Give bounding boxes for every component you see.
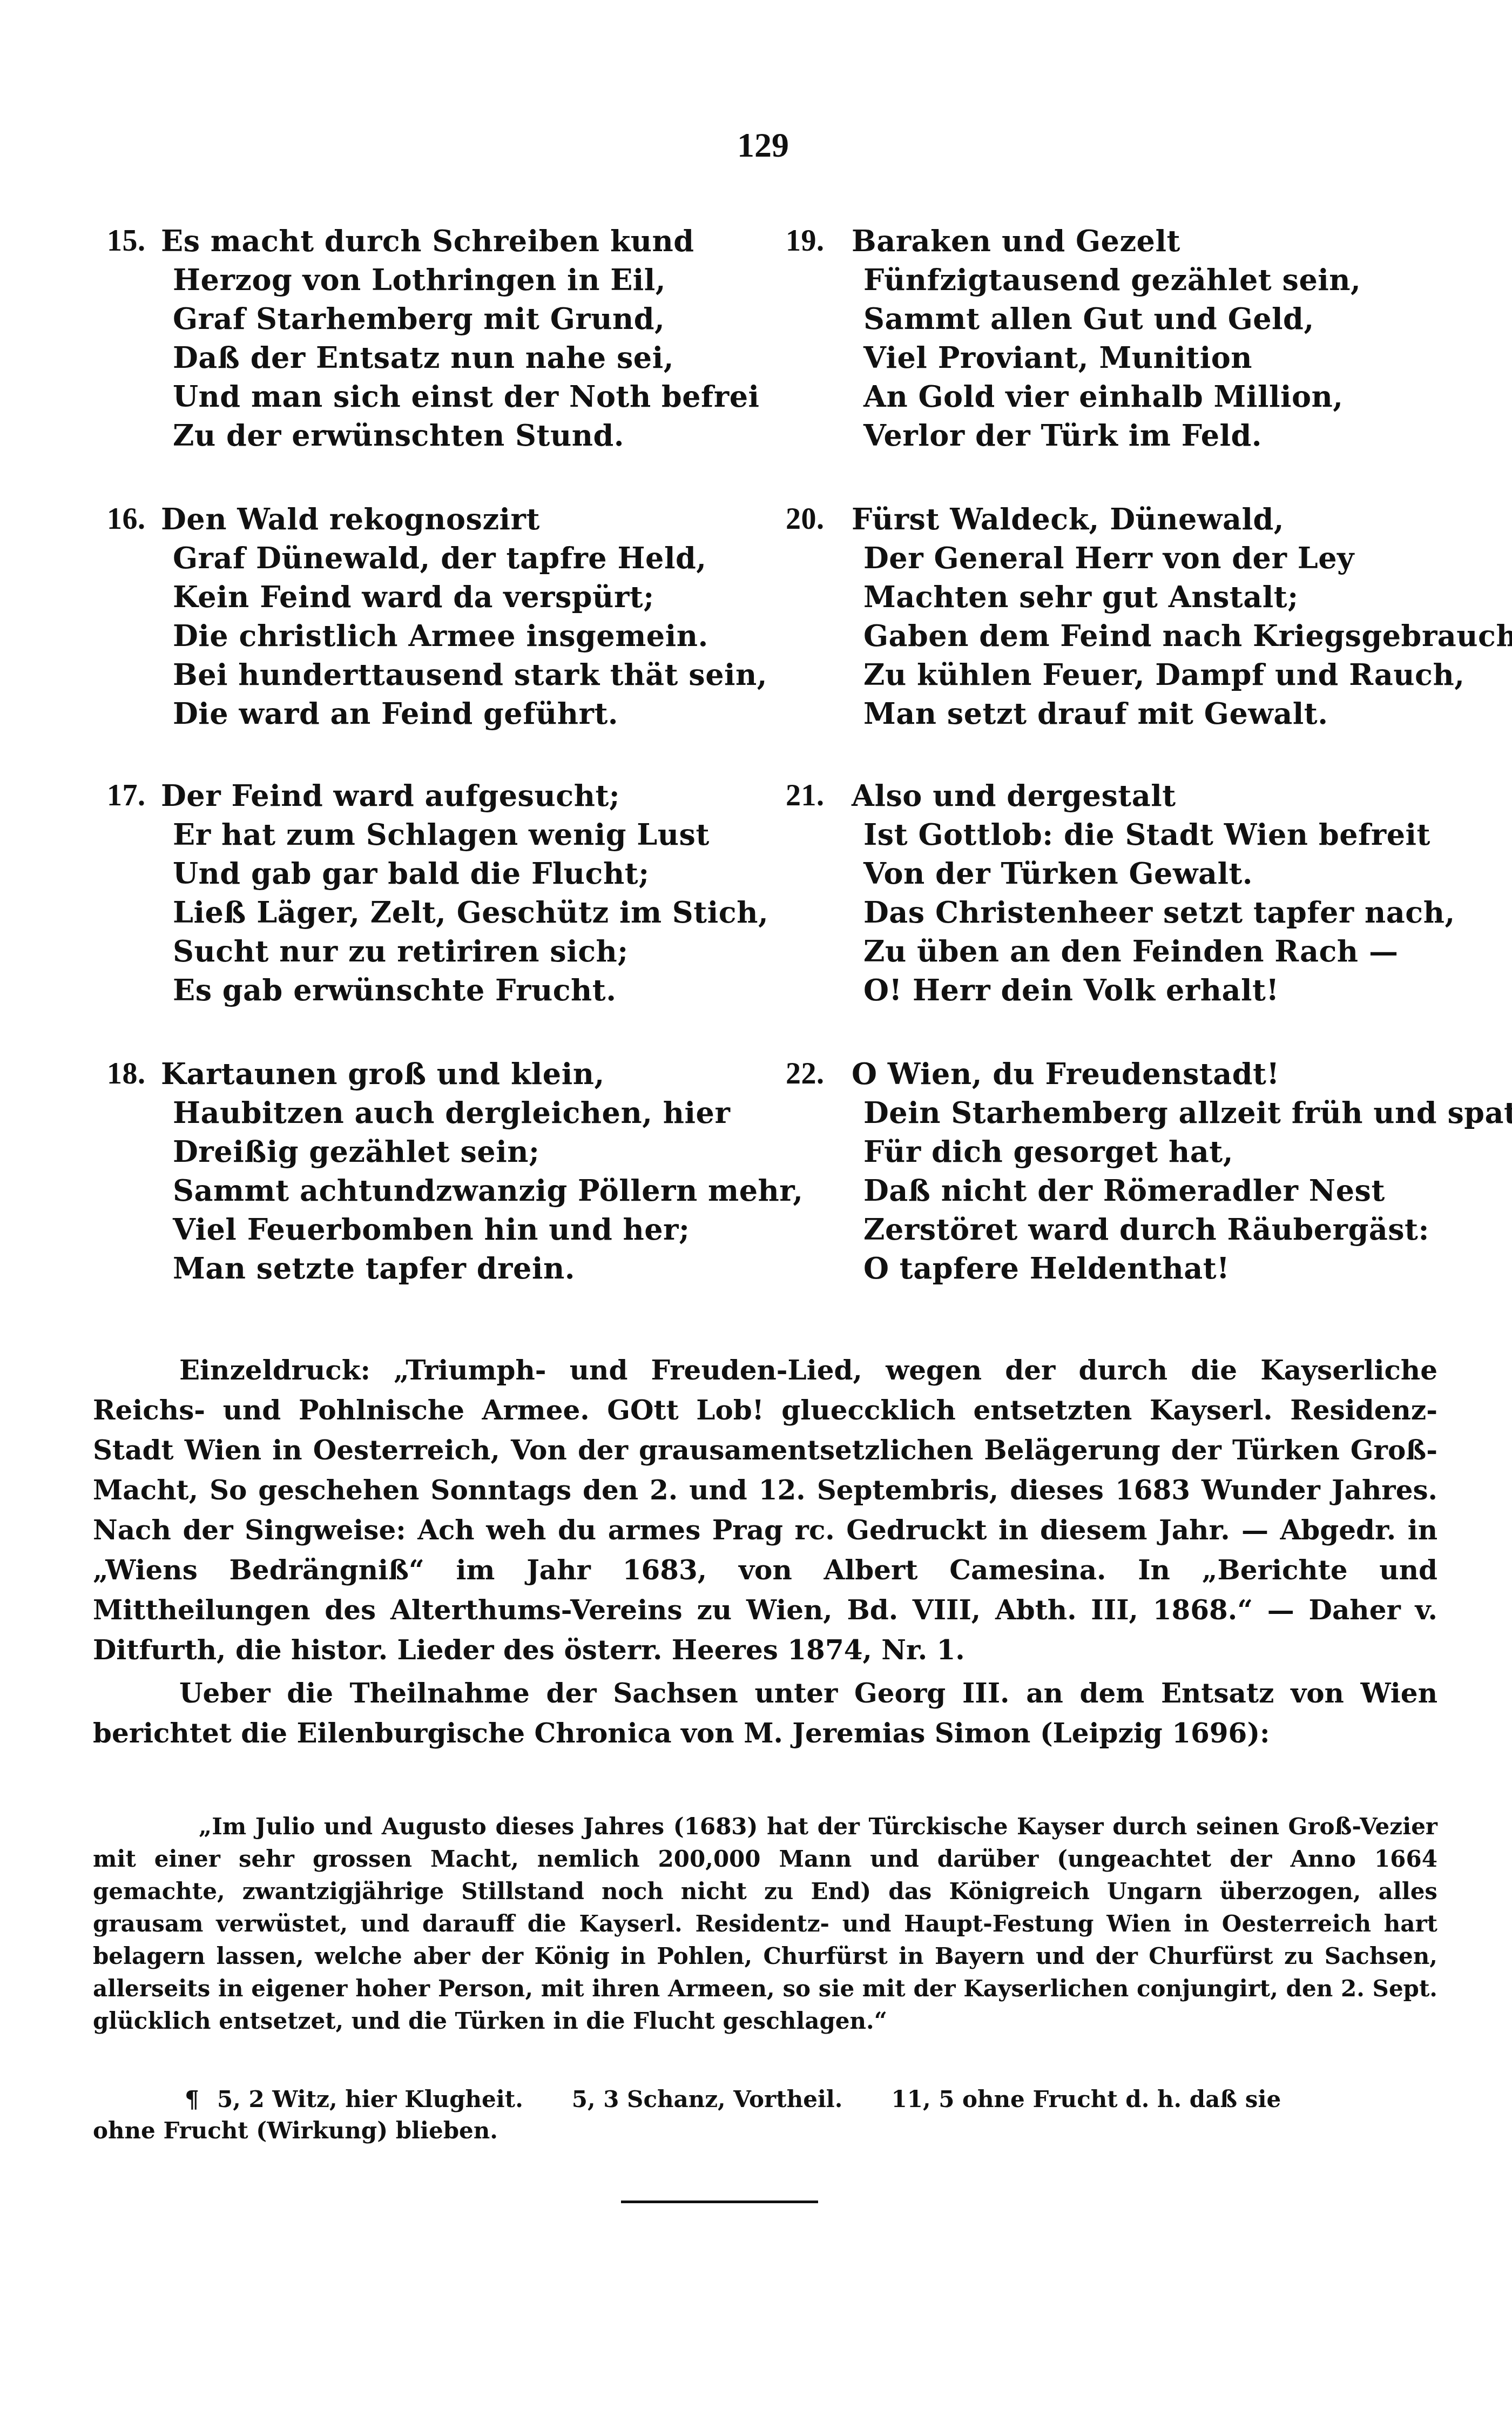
verse-line: Verlor der Türk im Feld. (863, 416, 1361, 455)
verse-line: Graf Dünewald, der tapfre Held, (173, 539, 767, 577)
verse-line: Der General Herr von der Ley (863, 539, 1512, 577)
verse-line: Er hat zum Schlagen wenig Lust (173, 815, 768, 854)
verse-line: Zu üben an den Feinden Rach — (863, 932, 1455, 971)
verse-line: Dreißig gezählet sein; (173, 1132, 804, 1171)
verse-line: Ist Gottlob: die Stadt Wien befreit (863, 815, 1455, 854)
verse-line: O! Herr dein Volk erhalt! (863, 971, 1455, 1010)
verse-line: Es gab erwünschte Frucht. (173, 971, 768, 1010)
verse-line: An Gold vier einhalb Million, (863, 377, 1361, 416)
verse-line: Für dich gesorget hat, (863, 1132, 1512, 1171)
chronicle-intro-paragraph: Ueber die Theilnahme der Sachsen unter G… (93, 1673, 1437, 1753)
verse-number: 15. (107, 221, 166, 260)
verse-line: Kartaunen groß und klein, (161, 1054, 804, 1093)
verse-line: Fünfzigtausend gezählet sein, (863, 260, 1361, 299)
page-number: 129 (0, 125, 1512, 165)
verse-line: Man setzte tapfer drein. (173, 1249, 804, 1288)
verse-number: 16. (107, 500, 166, 539)
verse-number: 20. (786, 500, 845, 539)
verse-line: Von der Türken Gewalt. (863, 854, 1455, 893)
source-note-paragraph: Einzeldruck: „Triumph- und Freuden-Lied,… (93, 1350, 1437, 1670)
verse-line: Die christlich Armee insgemein. (173, 616, 767, 655)
verse-line: Daß nicht der Römeradler Nest (863, 1171, 1512, 1210)
quote-text: „Im Julio und Augusto dieses Jahres (168… (93, 1811, 1437, 2037)
verse-line: Der Feind ward aufgesucht; (161, 776, 768, 815)
footnote-item: 11, 5 ohne Frucht d. h. daß sie (891, 2084, 1281, 2115)
verse-line: Machten sehr gut Anstalt; (863, 577, 1512, 616)
verse-line: Daß der Entsatz nun nahe sei, (173, 338, 760, 377)
verse-line: O tapfere Heldenthat! (863, 1249, 1512, 1288)
verse-line: Und gab gar bald die Flucht; (173, 854, 768, 893)
verse-line: Es macht durch Schreiben kund (161, 221, 760, 260)
pilcrow-icon: ¶ (185, 2084, 217, 2115)
verse-line: Also und dergestalt (852, 776, 1455, 815)
verse-number: 18. (107, 1054, 166, 1093)
verse-line: Ließ Läger, Zelt, Geschütz im Stich, (173, 893, 768, 932)
footnote-item: 5, 2 Witz, hier Klugheit. (217, 2084, 523, 2115)
verse-line: Zu kühlen Feuer, Dampf und Rauch, (863, 655, 1512, 694)
verse-line: Haubitzen auch dergleichen, hier (173, 1093, 804, 1132)
verse-line: Dein Starhemberg allzeit früh und spat (863, 1093, 1512, 1132)
verse-line: Den Wald rekognoszirt (161, 500, 767, 539)
verse-line: Sammt achtundzwanzig Pöllern mehr, (173, 1171, 804, 1210)
verse-line: Zerstöret ward durch Räubergäst: (863, 1210, 1512, 1249)
verse-line: Die ward an Feind geführt. (173, 694, 767, 733)
verse-line: Bei hunderttausend stark thät sein, (173, 655, 767, 694)
verse-line: Baraken und Gezelt (852, 221, 1361, 260)
verse-line: Zu der erwünschten Stund. (173, 416, 760, 455)
verse-number: 22. (786, 1054, 845, 1093)
verse-line: Viel Feuerbomben hin und her; (173, 1210, 804, 1249)
verse-line: Sammt allen Gut und Geld, (863, 299, 1361, 338)
verse-number: 21. (786, 776, 845, 815)
verse-line: Herzog von Lothringen in Eil, (173, 260, 760, 299)
chronicle-quote: „Im Julio und Augusto dieses Jahres (168… (93, 1811, 1437, 2037)
verse-line: Graf Starhemberg mit Grund, (173, 299, 760, 338)
commentary: Einzeldruck: „Triumph- und Freuden-Lied,… (93, 1350, 1437, 1753)
verse-number: 19. (786, 221, 845, 260)
verse-line: Und man sich einst der Noth befrei (173, 377, 760, 416)
footnotes: ¶ 5, 2 Witz, hier Klugheit. 5, 3 Schanz,… (93, 2084, 1437, 2146)
footnote-item: 5, 3 Schanz, Vortheil. (572, 2084, 843, 2115)
footnote-continuation: ohne Frucht (Wirkung) blieben. (93, 2115, 1437, 2146)
verse-line: Fürst Waldeck, Dünewald, (852, 500, 1512, 539)
verse-line: Viel Proviant, Munition (863, 338, 1361, 377)
verse-line: Das Christenheer setzt tapfer nach, (863, 893, 1455, 932)
end-rule-divider (621, 2201, 818, 2203)
verse-line: O Wien, du Freudenstadt! (852, 1054, 1512, 1093)
verse-number: 17. (107, 776, 166, 815)
verse-line: Sucht nur zu retiriren sich; (173, 932, 768, 971)
verse-line: Man setzt drauf mit Gewalt. (863, 694, 1512, 733)
verse-line: Kein Feind ward da verspürt; (173, 577, 767, 616)
verse-line: Gaben dem Feind nach Kriegsgebrauch (863, 616, 1512, 655)
